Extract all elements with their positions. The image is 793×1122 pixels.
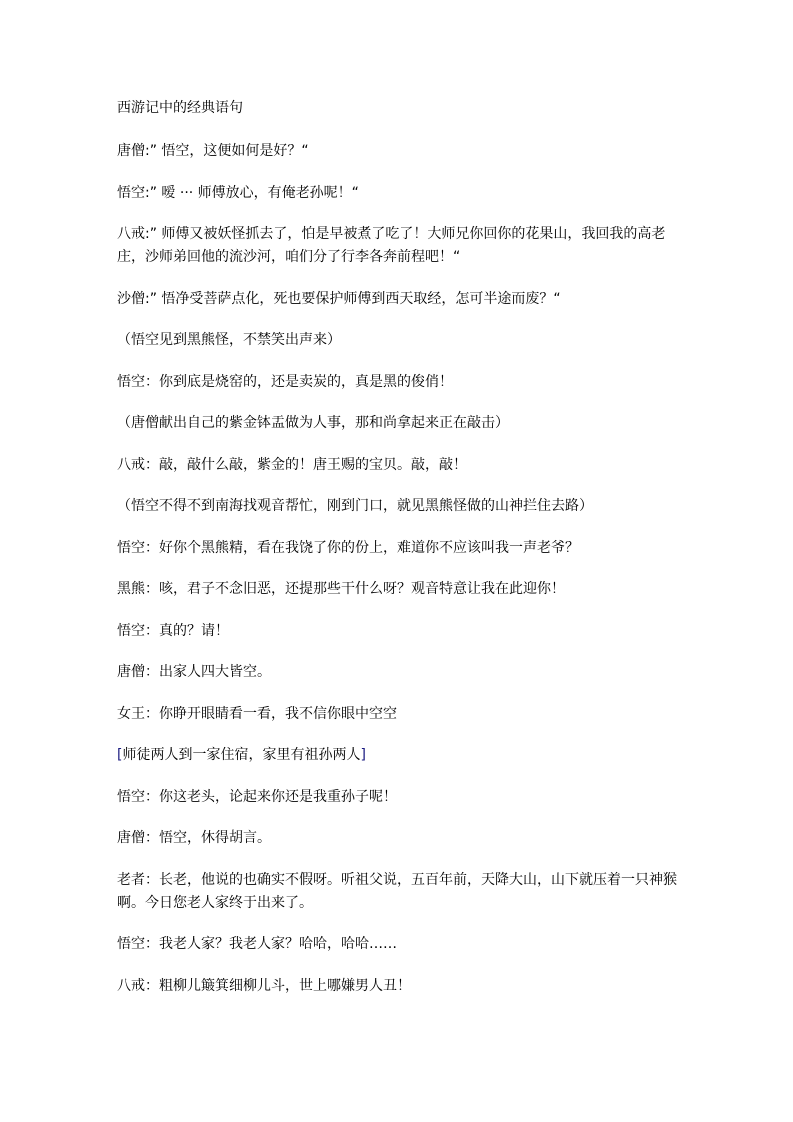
dialogue-line: 八戒:” 师傅又被妖怪抓去了，怕是早被煮了吃了！大师兄你回你的花果山，我回我的高…	[117, 223, 677, 269]
dialogue-line: 沙僧:” 悟净受菩萨点化，死也要保护师傅到西天取经，怎可半途而废？“	[117, 288, 677, 311]
dialogue-line: 悟空：我老人家？我老人家？哈哈，哈哈……	[117, 933, 677, 956]
stage-direction: （唐僧献出自己的紫金钵盂做为人事，那和尚拿起来正在敲击）	[117, 412, 677, 435]
dialogue-line: 悟空：真的？请！	[117, 620, 677, 643]
bracket-body: 师徒两人到一家住宿，家里有祖孙两人	[122, 747, 360, 763]
dialogue-line: 女王：你睁开眼睛看一看，我不信你眼中空空	[117, 703, 677, 726]
dialogue-line: 悟空：你到底是烧窑的，还是卖炭的，真是黑的俊俏！	[117, 371, 677, 394]
dialogue-line: 八戒：粗柳儿簸箕细柳儿斗，世上哪嫌男人丑！	[117, 975, 677, 998]
document-title: 西游记中的经典语句	[117, 97, 677, 120]
dialogue-line: 悟空:” 嗳 ··· 师傅放心，有俺老孙呢！“	[117, 182, 677, 205]
dialogue-line: 悟空：好你个黑熊精，看在我饶了你的份上，难道你不应该叫我一声老爷？	[117, 537, 677, 560]
dialogue-line: 黑熊：咳，君子不念旧恶，还提那些干什么呀？观音特意让我在此迎你！	[117, 578, 677, 601]
bracketed-stage-direction: [师徒两人到一家住宿，家里有祖孙两人]	[117, 744, 677, 767]
document-page: 西游记中的经典语句 唐僧:” 悟空，这便如何是好？“ 悟空:” 嗳 ··· 师傅…	[117, 97, 677, 1016]
stage-direction: （悟空不得不到南海找观音帮忙，刚到门口，就见黑熊怪做的山神拦住去路）	[117, 495, 677, 518]
dialogue-line: 八戒：敲，敲什么敲，紫金的！唐王赐的宝贝。敲，敲！	[117, 454, 677, 477]
dialogue-line: 唐僧:” 悟空，这便如何是好？“	[117, 140, 677, 163]
dialogue-line: 唐僧：出家人四大皆空。	[117, 661, 677, 684]
dialogue-line: 悟空：你这老头，论起来你还是我重孙子呢！	[117, 786, 677, 809]
stage-direction: （悟空见到黑熊怪，不禁笑出声来）	[117, 329, 677, 352]
dialogue-line: 老者：长老，他说的也确实不假呀。听祖父说，五百年前，天降大山，山下就压着一只神猴…	[117, 869, 677, 915]
close-bracket: ]	[360, 747, 365, 763]
dialogue-line: 唐僧：悟空，休得胡言。	[117, 827, 677, 850]
